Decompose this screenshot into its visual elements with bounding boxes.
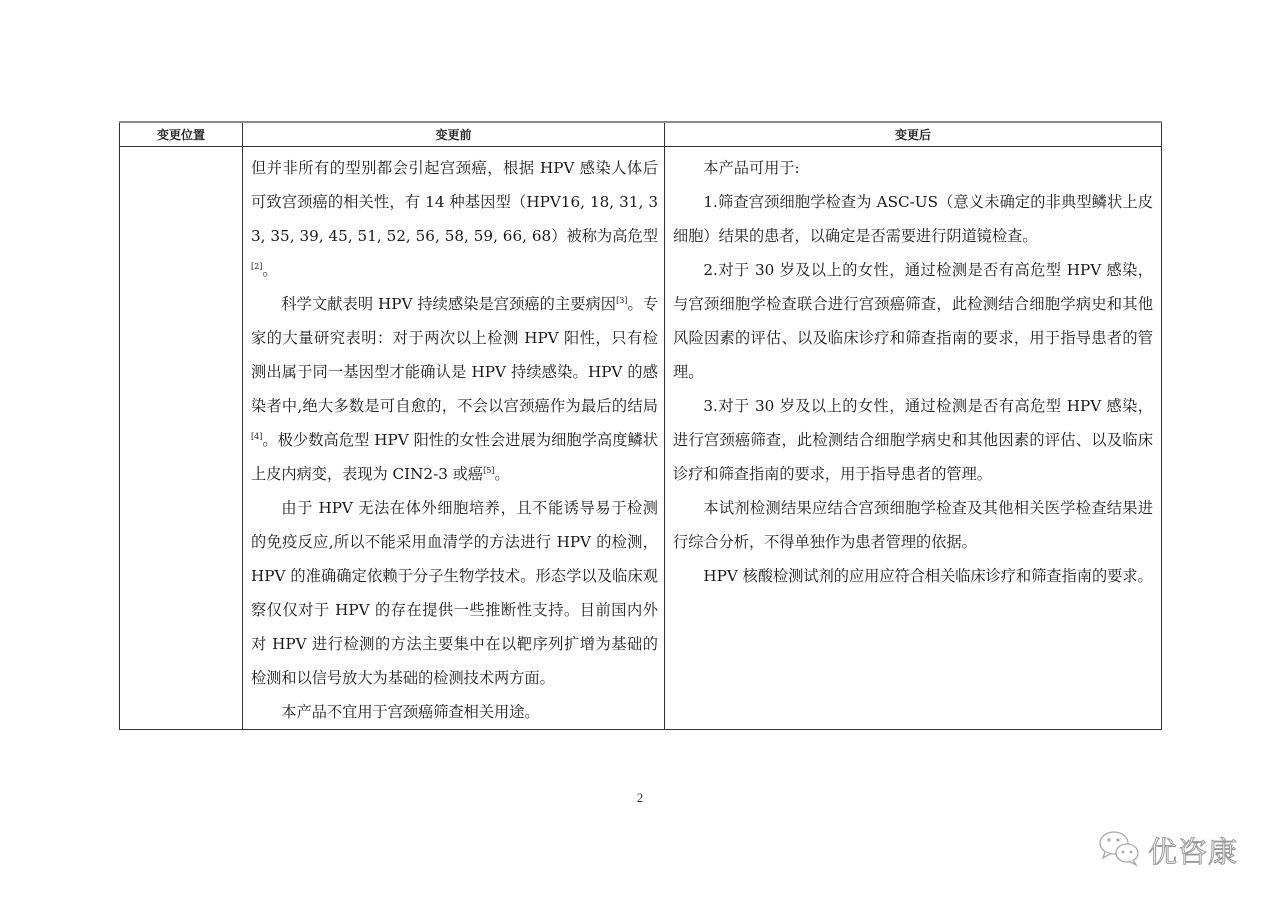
after-paragraph-1: 本产品可用于: <box>673 151 1153 185</box>
reference-marker: [2] <box>251 262 262 271</box>
change-comparison-table: 变更位置 变更前 变更后 但并非所有的型别都会引起宫颈癌，根据 HPV 感染人体… <box>119 121 1162 730</box>
after-paragraph-4: 3.对于 30 岁及以上的女性，通过检测是否有高危型 HPV 感染，进行宫颈癌筛… <box>673 389 1153 491</box>
table-header-row: 变更位置 变更前 变更后 <box>120 122 1162 146</box>
page-number: 2 <box>632 790 648 806</box>
reference-marker: [4] <box>251 432 262 441</box>
reference-marker: [5] <box>483 466 494 475</box>
header-change-location: 变更位置 <box>120 122 243 146</box>
before-paragraph-3: 由于 HPV 无法在体外细胞培养，且不能诱导易于检测的免疫反应,所以不能采用血清… <box>251 491 658 695</box>
paragraph-tail: 。 <box>262 261 277 279</box>
reference-marker: [3] <box>616 296 627 305</box>
header-after-change: 变更后 <box>665 122 1162 146</box>
after-paragraph-2: 1.筛查宫颈细胞学检查为 ASC-US（意义未确定的非典型鳞状上皮细胞）结果的患… <box>673 185 1153 253</box>
header-before-change: 变更前 <box>243 122 665 146</box>
paragraph-text: 。极少数高危型 HPV 阳性的女性会进展为细胞学高度鳞状上皮内病变，表现为 CI… <box>251 431 658 483</box>
watermark-text: 优咨康 <box>1148 830 1238 871</box>
paragraph-tail: 。 <box>494 465 509 483</box>
before-paragraph-2: 科学文献表明 HPV 持续感染是宫颈癌的主要病因[3]。专家的大量研究表明：对于… <box>251 287 658 491</box>
paragraph-text: 科学文献表明 HPV 持续感染是宫颈癌的主要病因 <box>281 295 616 313</box>
document-page: 变更位置 变更前 变更后 但并非所有的型别都会引起宫颈癌，根据 HPV 感染人体… <box>0 0 1280 904</box>
paragraph-text: 但并非所有的型别都会引起宫颈癌，根据 HPV 感染人体后可致宫颈癌的相关性，有 … <box>251 159 658 245</box>
watermark: 优咨康 <box>1098 824 1238 876</box>
wechat-icon <box>1098 828 1142 872</box>
after-paragraph-5: 本试剂检测结果应结合宫颈细胞学检查及其他相关医学检查结果进行综合分析，不得单独作… <box>673 491 1153 559</box>
after-change-cell: 本产品可用于: 1.筛查宫颈细胞学检查为 ASC-US（意义未确定的非典型鳞状上… <box>665 146 1162 729</box>
before-paragraph-4: 本产品不宜用于宫颈癌筛查相关用途。 <box>251 695 658 729</box>
table-row: 但并非所有的型别都会引起宫颈癌，根据 HPV 感染人体后可致宫颈癌的相关性，有 … <box>120 146 1162 729</box>
change-location-cell <box>120 146 243 729</box>
after-paragraph-6: HPV 核酸检测试剂的应用应符合相关临床诊疗和筛查指南的要求。 <box>673 559 1153 593</box>
after-paragraph-3: 2.对于 30 岁及以上的女性，通过检测是否有高危型 HPV 感染，与宫颈细胞学… <box>673 253 1153 389</box>
before-paragraph-1: 但并非所有的型别都会引起宫颈癌，根据 HPV 感染人体后可致宫颈癌的相关性，有 … <box>251 151 658 287</box>
before-change-cell: 但并非所有的型别都会引起宫颈癌，根据 HPV 感染人体后可致宫颈癌的相关性，有 … <box>243 146 665 729</box>
